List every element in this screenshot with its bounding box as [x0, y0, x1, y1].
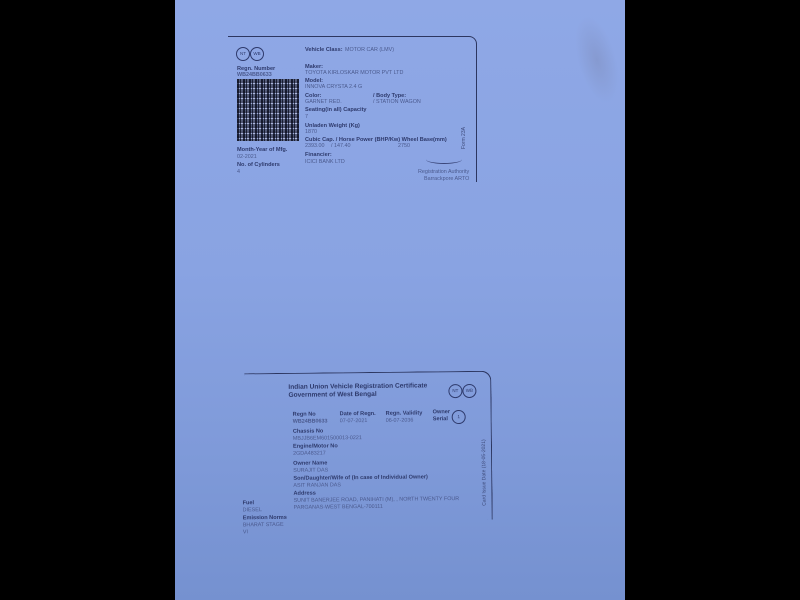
maker-value: TOYOTA KIRLOSKAR MOTOR PVT LTD — [305, 70, 403, 76]
form-label: Form 23A — [461, 127, 467, 149]
relation-value: ASIT RANJAN DAS — [293, 482, 341, 488]
horse-power-value: / 147.40 — [331, 143, 350, 149]
regn-validity-label: Regn. Validity — [386, 410, 423, 416]
regn-no-value: WB24BB0633 — [293, 418, 328, 424]
address-line1: SUNIT BANERJEE ROAD, PANIHATI (M), , NOR… — [294, 496, 460, 504]
owner-name-value: SURAJIT DAS — [293, 467, 328, 473]
month-year-label: Month-Year of Mfg. — [237, 147, 287, 153]
engine-value: 2GDA483217 — [293, 450, 326, 456]
financier-value: ICICI BANK LTD — [305, 159, 345, 165]
date-of-regn-value: 07-07-2021 — [340, 418, 368, 424]
cubic-cap-value: 2393.00 — [305, 143, 325, 149]
owner-serial-label: Owner — [433, 409, 450, 415]
certificate-title: Indian Union Vehicle Registration Certif… — [288, 382, 427, 390]
cubic-cap-label: Cubic Cap. / Horse Power (BHP/Kw) Wheel … — [305, 137, 447, 143]
card-issue-date: Card Issue Date (18-05-2021) — [481, 439, 488, 505]
owner-serial-value: 1 — [452, 410, 466, 424]
owner-name-label: Owner Name — [293, 460, 327, 466]
seating-value: 7 — [305, 114, 308, 120]
month-year-value: 02-2021 — [237, 154, 257, 160]
qr-code — [237, 79, 299, 141]
regn-no-label: Regn No — [293, 412, 316, 418]
nt-badge: NT — [448, 384, 462, 398]
financier-label: Financier: — [305, 152, 332, 158]
model-value: INNOVA CRYSTA 2.4 G — [305, 84, 362, 90]
body-type-value: / STATION WAGON — [373, 99, 421, 105]
authority-line1: Registration Authority — [418, 169, 469, 175]
engine-label: Engine/Motor No — [293, 443, 338, 449]
chassis-value: MBJJB6EM601500013-0221 — [293, 435, 362, 442]
cylinders-label: No. of Cylinders — [237, 162, 280, 168]
date-of-regn-label: Date of Regn. — [340, 411, 376, 417]
nt-badge: NT — [236, 47, 250, 61]
wheel-base-value: 2750 — [398, 143, 410, 149]
rc-card-back: Indian Union Vehicle Registration Certif… — [244, 371, 493, 523]
vehicle-class-value: MOTOR CAR (LMV) — [345, 47, 394, 53]
authority-line2: Barrackpore ARTO — [424, 176, 469, 182]
vehicle-class-label: Vehicle Class: — [305, 47, 343, 53]
fuel-value: DIESEL — [243, 507, 262, 513]
emission-line1: BHARAT STAGE — [243, 522, 284, 528]
emission-line2: VI — [243, 529, 248, 535]
address-label: Address — [293, 491, 315, 497]
wb-badge: WB — [462, 384, 476, 398]
address-line2: PARGANAS-WEST BENGAL-700111 — [294, 504, 383, 511]
rc-card-front: NT WB Vehicle Class: MOTOR CAR (LMV) Reg… — [228, 36, 477, 182]
unladen-weight-value: 1870 — [305, 129, 317, 135]
cylinders-value: 4 — [237, 169, 240, 175]
wb-badge: WB — [250, 47, 264, 61]
government-title: Government of West Bengal — [288, 391, 376, 399]
regn-number-value: WB24BB0633 — [237, 72, 272, 78]
owner-serial-label-2: Serial — [433, 416, 448, 422]
signature — [426, 155, 462, 164]
emission-label: Emission Norms — [243, 515, 287, 521]
color-value: GARNET RED. — [305, 99, 342, 105]
chassis-label: Chassis No — [293, 428, 324, 434]
regn-validity-value: 06-07-2036 — [386, 418, 414, 424]
relation-label: Son/Daughter/Wife of (In case of Individ… — [293, 474, 428, 481]
seating-label: Seating(in all) Capacity — [305, 107, 367, 113]
fuel-label: Fuel — [243, 500, 255, 506]
